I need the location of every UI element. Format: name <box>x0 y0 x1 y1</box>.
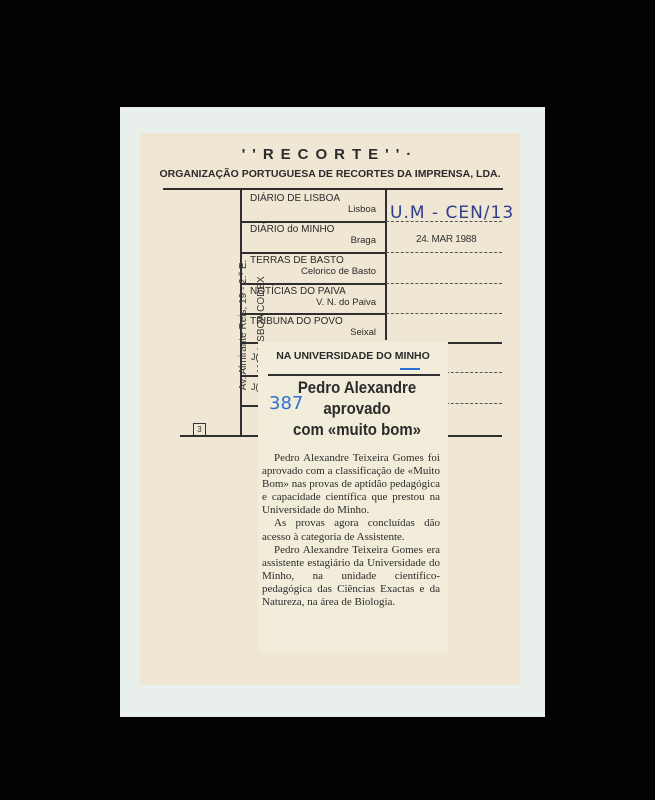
box-number: 3 <box>193 423 206 437</box>
publication-row: NOTÍCIAS DO PAIVA V. N. do Paiva <box>250 286 376 308</box>
date-line <box>446 372 502 373</box>
clipping-body: Pedro Alexandre Teixeira Gomes foi aprov… <box>262 452 440 609</box>
publication-name: DIÁRIO do MINHO <box>250 224 376 235</box>
publication-city: Lisboa <box>250 204 376 215</box>
publication-name: NOTÍCIAS DO PAIVA <box>250 286 376 297</box>
date-line <box>386 313 502 314</box>
publication-name: DIÁRIO DE LISBOA <box>250 193 376 204</box>
publication-city: Celorico de Basto <box>250 266 376 277</box>
publication-row: DIÁRIO do MINHO Braga <box>250 224 376 246</box>
date-stamp: 24. MAR 1988 <box>416 234 476 245</box>
clipping-kicker: NA UNIVERSIDADE DO MINHO <box>268 350 438 362</box>
form-title: ''RECORTE''· <box>140 146 520 163</box>
organization-name: ORGANIZAÇÃO PORTUGUESA DE RECORTES DA IM… <box>140 168 520 180</box>
date-line <box>386 252 502 253</box>
publication-city: Braga <box>250 235 376 246</box>
publication-name: TRIBUNA DO POVO <box>250 316 376 327</box>
handwritten-number: 387 <box>269 393 303 414</box>
kicker-underline-annotation <box>400 368 420 370</box>
publication-name: TERRAS DE BASTO <box>250 255 376 266</box>
kicker-rule <box>268 374 440 376</box>
publication-row: TRIBUNA DO POVO Seixal <box>250 316 376 338</box>
bottom-rule-right <box>445 435 502 437</box>
header-rule <box>163 188 503 190</box>
handwritten-reference: U.M - CEN/13 <box>390 203 514 223</box>
date-line <box>386 283 502 284</box>
body-paragraph: As provas agora concluídas dão acesso à … <box>262 517 440 543</box>
body-paragraph: Pedro Alexandre Teixeira Gomes foi aprov… <box>262 452 440 517</box>
publication-city: V. N. do Paiva <box>250 297 376 308</box>
date-column-divider <box>385 190 387 340</box>
date-line <box>446 403 502 404</box>
headline-line: com «muito bom» <box>273 419 440 440</box>
publication-row: TERRAS DE BASTO Celorico de Basto <box>250 255 376 277</box>
body-paragraph: Pedro Alexandre Teixeira Gomes era assis… <box>262 544 440 609</box>
publication-city: Seixal <box>250 327 376 338</box>
publication-row: DIÁRIO DE LISBOA Lisboa <box>250 193 376 215</box>
